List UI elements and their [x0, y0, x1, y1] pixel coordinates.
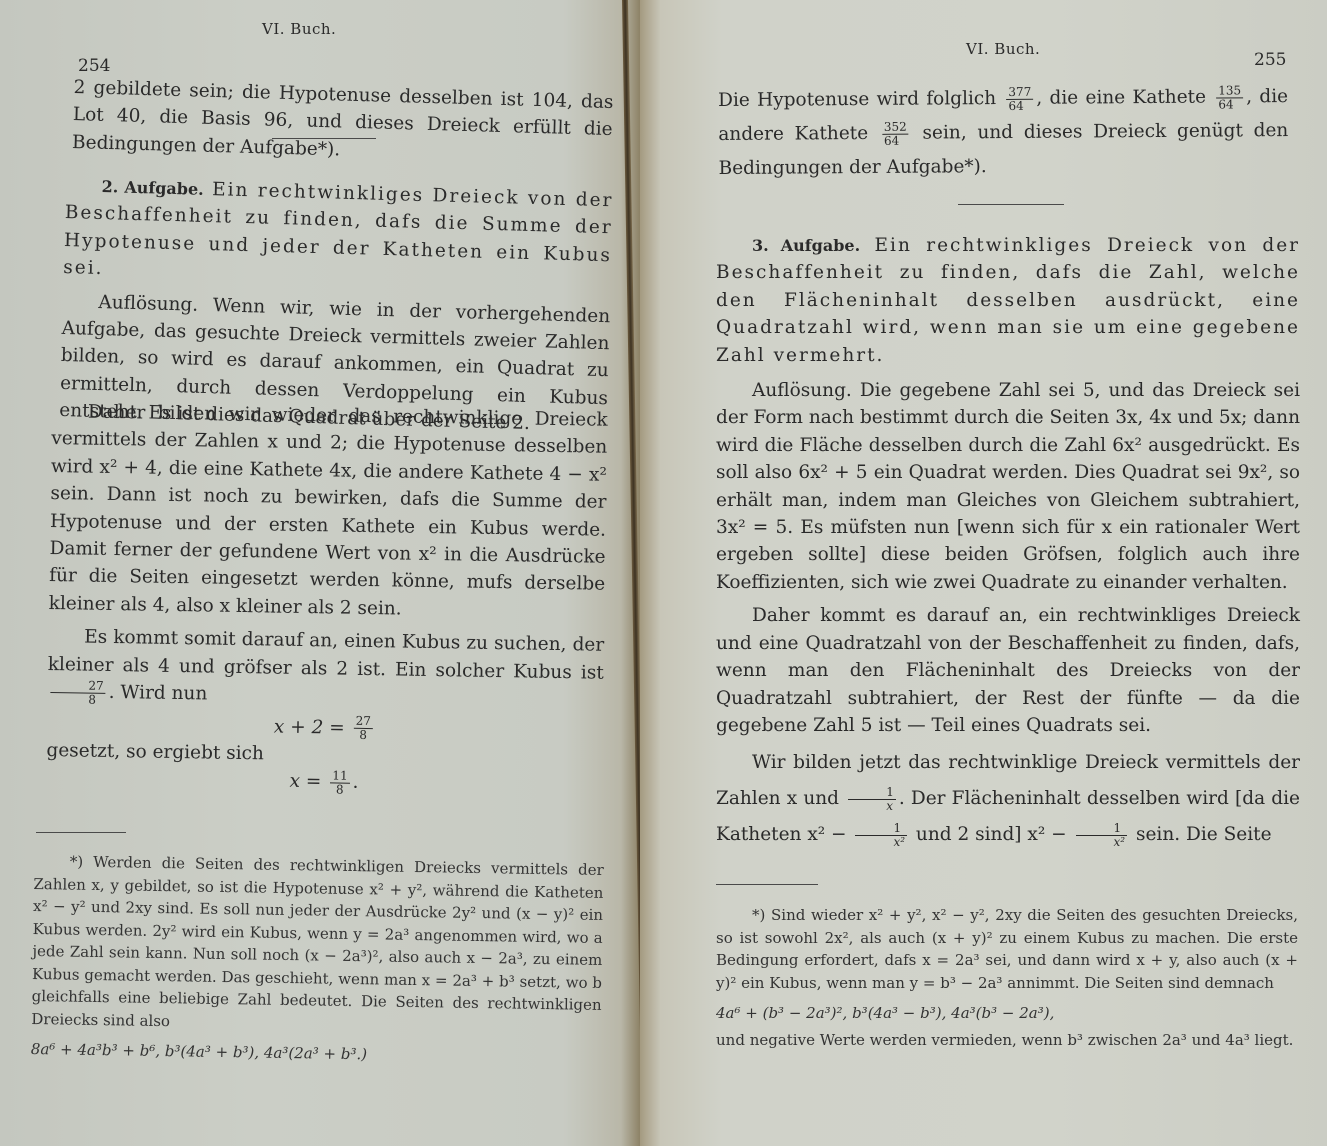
footnote-left-formula: 8a⁶ + 4a³b³ + b⁶, b³(4a³ + b³), 4a³(2a³ …	[31, 1038, 601, 1069]
problem-3: 3. Aufgabe. Ein rechtwinkliges Dreieck v…	[716, 232, 1300, 853]
problem-3-solution-p2: Daher kommt es darauf an, ein rechtwinkl…	[716, 602, 1300, 739]
right-page: VI. Buch. 255 Die Hypotenuse wird folgli…	[640, 0, 1327, 1146]
continuation-paragraph-right: Die Hypotenuse wird folglich 37764, die …	[718, 80, 1289, 186]
solution-label-right: Auflösung.	[752, 380, 852, 401]
page-number-left: 254	[78, 56, 110, 76]
fraction-27-8: 278	[50, 679, 106, 707]
footnote-left-text: *) Werden die Seiten des rechtwinkligen …	[31, 850, 604, 1039]
footnote-right-formula: 4a⁶ + (b³ − 2a³)², b³(4a³ − b³), 4a³(b³ …	[716, 1002, 1298, 1025]
problem-3-solution-p1: Auflösung. Die gegebene Zahl sei 5, und …	[716, 377, 1300, 596]
fraction-352-64: 35264	[882, 120, 909, 147]
fraction-135-64: 13564	[1216, 84, 1243, 111]
problem-2-solution-p3: Es kommt somit darauf an, einen Kubus zu…	[47, 623, 604, 714]
section-divider	[272, 138, 376, 139]
problem-3-solution-p3: Wir bilden jetzt das rechtwinklige Dreie…	[716, 745, 1300, 853]
footnote-right: *) Sind wieder x² + y², x² − y², 2xy die…	[716, 904, 1298, 1051]
left-continuation: 2 gebildete sein; die Hypotenuse desselb…	[72, 74, 614, 171]
footnote-right-after: und negative Werte werden vermieden, wen…	[716, 1029, 1298, 1052]
page-number-right: 255	[1254, 50, 1286, 70]
right-continuation: Die Hypotenuse wird folglich 37764, die …	[718, 80, 1289, 186]
problem-2-continued: Daher bilden wir wieder das rechtwinklig…	[46, 398, 608, 801]
section-divider-right	[958, 204, 1064, 205]
fraction-377-64: 37764	[1006, 85, 1033, 112]
footnote-right-text: *) Sind wieder x² + y², x² − y², 2xy die…	[716, 904, 1298, 994]
left-page: VI. Buch. 254 2 gebildete sein; die Hypo…	[0, 0, 640, 1146]
problem-3-label: 3. Aufgabe.	[752, 236, 860, 255]
footnote-rule-left	[36, 832, 126, 833]
solution-label: Auflösung.	[98, 292, 198, 316]
footnote-rule-right	[716, 884, 818, 885]
running-head-right: VI. Buch.	[966, 40, 1040, 58]
running-head-left: VI. Buch.	[262, 20, 336, 38]
problem-2-solution-p2: Daher bilden wir wieder das rechtwinklig…	[49, 398, 608, 626]
footnote-left: *) Werden die Seiten des rechtwinkligen …	[31, 850, 604, 1073]
continuation-paragraph: 2 gebildete sein; die Hypotenuse desselb…	[72, 74, 614, 171]
problem-2-label: 2. Aufgabe.	[101, 177, 204, 199]
problem-3-statement: 3. Aufgabe. Ein rechtwinkliges Dreieck v…	[716, 232, 1300, 369]
problem-2-statement: 2. Aufgabe. Ein rechtwinkliges Dreieck v…	[63, 172, 614, 297]
